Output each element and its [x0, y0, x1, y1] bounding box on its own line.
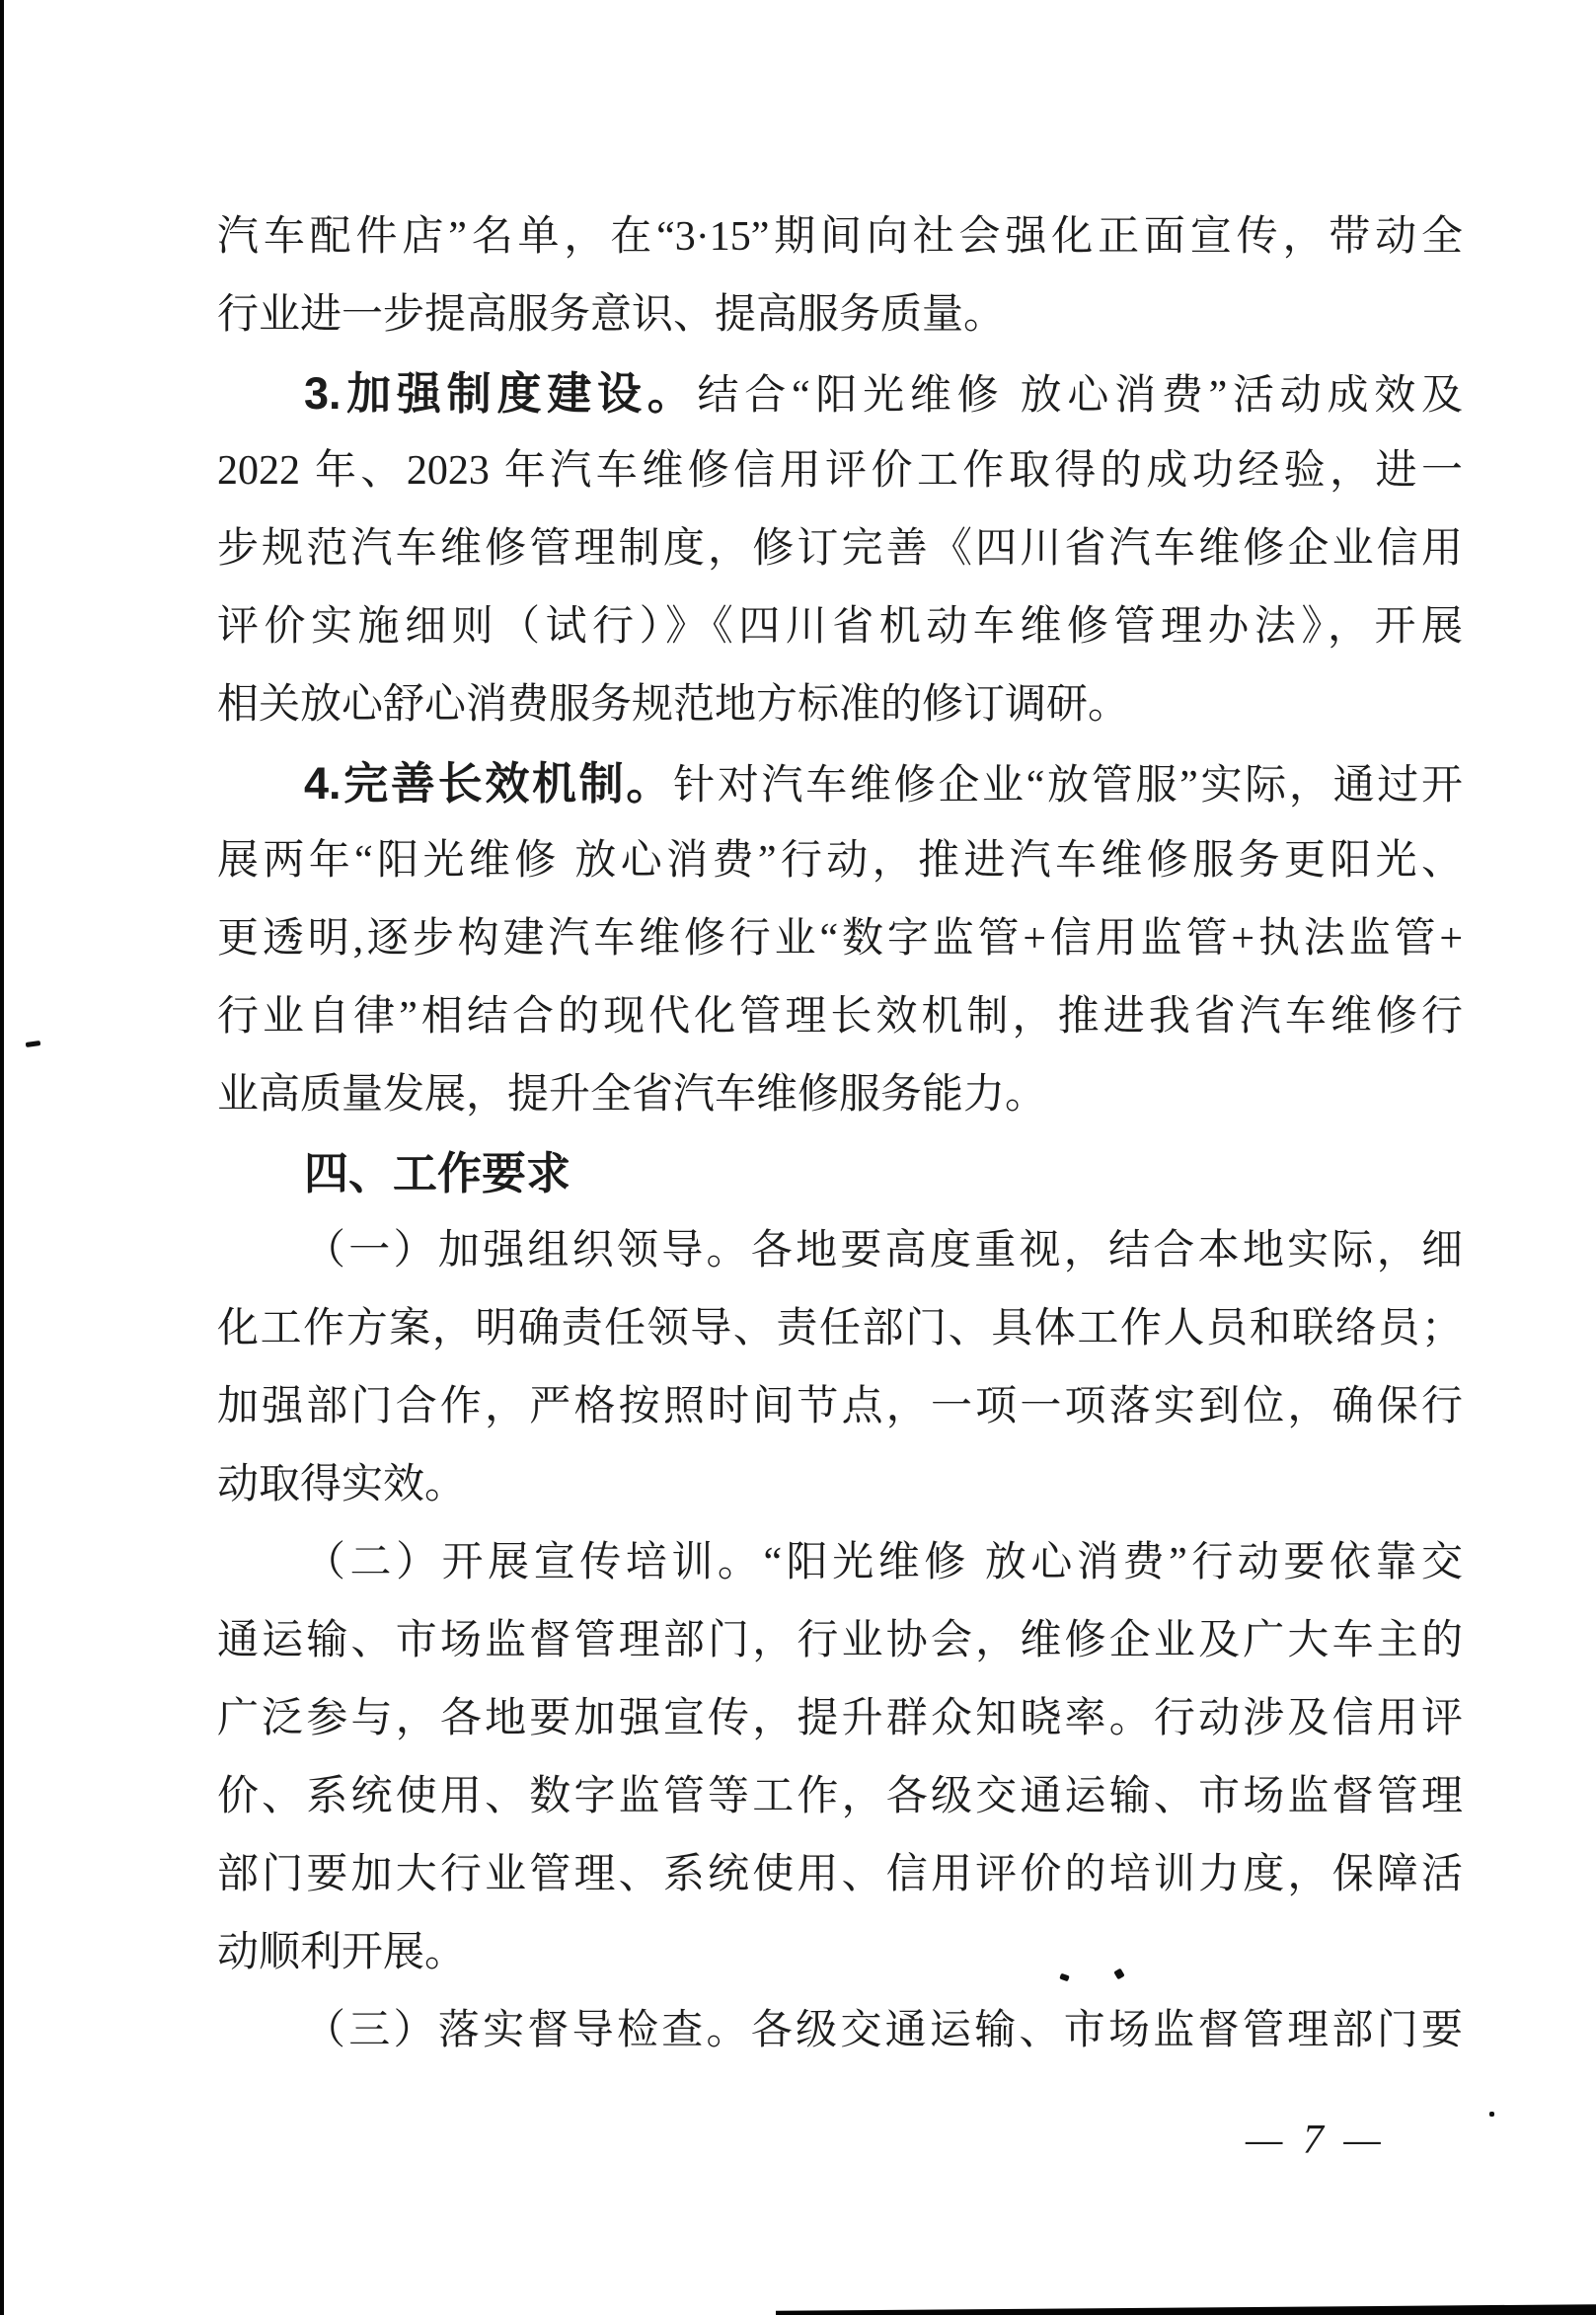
document-page: 汽车配件店”名单，在“3·15”期间向社会强化正面宣传，带动全行业进一步提高服务…: [0, 0, 1596, 2315]
body-text: （一）加强组织领导。各地要高度重视，结合本地实际，细: [304, 1228, 1463, 1273]
bold-lead-text: 四、工作要求: [304, 1148, 570, 1198]
body-text: 更透明,逐步构建汽车维修行业“数字监管+信用监管+执法监管+: [217, 916, 1463, 962]
text-line: 步规范汽车维修管理制度，修订完善《四川省汽车维修企业信用: [217, 510, 1463, 588]
body-text: 业高质量发展，提升全省汽车维修服务能力。: [217, 1072, 1046, 1118]
text-line: 行业自律”相结合的现代化管理长效机制，推进我省汽车维修行: [217, 978, 1463, 1056]
body-text: 步规范汽车维修管理制度，修订完善《四川省汽车维修企业信用: [217, 526, 1463, 572]
body-text: （二）开展宣传培训。“阳光维修 放心消费”行动要依靠交: [304, 1540, 1463, 1585]
document-body: 汽车配件店”名单，在“3·15”期间向社会强化正面宣传，带动全行业进一步提高服务…: [217, 198, 1463, 2070]
scan-artifact-left-edge-line: [0, 0, 4, 2315]
text-line: 加强部门合作，严格按照时间节点，一项一项落实到位，确保行: [217, 1368, 1463, 1446]
body-text: 动顺利开展。: [217, 1930, 466, 1975]
body-text: 化工作方案，明确责任领导、责任部门、具体工作人员和联络员；: [217, 1306, 1463, 1351]
text-line: 部门要加大行业管理、系统使用、信用评价的培训力度，保障活: [217, 1836, 1463, 1914]
text-line: 更透明,逐步构建汽车维修行业“数字监管+信用监管+执法监管+: [217, 900, 1463, 978]
text-line: 相关放心舒心消费服务规范地方标准的修订调研。: [217, 666, 1463, 744]
scan-artifact-speck: [26, 1041, 41, 1047]
body-text: 部门要加大行业管理、系统使用、信用评价的培训力度，保障活: [217, 1852, 1463, 1897]
text-line: 动顺利开展。: [217, 1914, 1463, 1992]
text-line: 展两年“阳光维修 放心消费”行动，推进汽车维修服务更阳光、: [217, 822, 1463, 900]
text-line: 业高质量发展，提升全省汽车维修服务能力。: [217, 1056, 1463, 1134]
text-line: （三）落实督导检查。各级交通运输、市场监督管理部门要: [217, 1992, 1463, 2070]
page-number: — 7 —: [1246, 2116, 1463, 2165]
body-text: 2022 年、2023 年汽车维修信用评价工作取得的成功经验，进一: [217, 448, 1463, 494]
body-text: 汽车配件店”名单，在“3·15”期间向社会强化正面宣传，带动全: [217, 214, 1463, 260]
body-text: 结合“阳光维修 放心消费”活动成效及: [698, 373, 1463, 419]
body-text: 行业进一步提高服务意识、提高服务质量。: [217, 292, 1005, 338]
body-text: 价、系统使用、数字监管等工作，各级交通运输、市场监督管理: [217, 1774, 1463, 1819]
text-line: 广泛参与，各地要加强宣传，提升群众知晓率。行动涉及信用评: [217, 1680, 1463, 1758]
body-text: 展两年“阳光维修 放心消费”行动，推进汽车维修服务更阳光、: [217, 838, 1463, 884]
scan-artifact-bottom-edge-line: [776, 2303, 1596, 2315]
body-text: 加强部门合作，严格按照时间节点，一项一项落实到位，确保行: [217, 1384, 1463, 1429]
body-text: 动取得实效。: [217, 1462, 466, 1507]
text-line: 行业进一步提高服务意识、提高服务质量。: [217, 276, 1463, 354]
scan-artifact-speck: [1489, 2112, 1494, 2117]
body-text: （三）落实督导检查。各级交通运输、市场监督管理部门要: [304, 2008, 1463, 2053]
text-line: 2022 年、2023 年汽车维修信用评价工作取得的成功经验，进一: [217, 432, 1463, 510]
text-line: （一）加强组织领导。各地要高度重视，结合本地实际，细: [217, 1212, 1463, 1290]
text-line: 四、工作要求: [217, 1134, 1463, 1212]
text-line: 化工作方案，明确责任领导、责任部门、具体工作人员和联络员；: [217, 1290, 1463, 1368]
body-text: 相关放心舒心消费服务规范地方标准的修订调研。: [217, 682, 1129, 728]
body-text: 针对汽车维修企业“放管服”实际，通过开: [673, 763, 1463, 809]
text-line: 3.加强制度建设。结合“阳光维修 放心消费”活动成效及: [217, 354, 1463, 432]
bold-lead-text: 3.加强制度建设。: [304, 368, 698, 419]
text-line: 4.完善长效机制。针对汽车维修企业“放管服”实际，通过开: [217, 744, 1463, 822]
text-line: 动取得实效。: [217, 1446, 1463, 1524]
text-line: （二）开展宣传培训。“阳光维修 放心消费”行动要依靠交: [217, 1524, 1463, 1602]
text-line: 评价实施细则（试行）》《四川省机动车维修管理办法》，开展: [217, 588, 1463, 666]
body-text: 广泛参与，各地要加强宣传，提升群众知晓率。行动涉及信用评: [217, 1696, 1463, 1741]
body-text: 评价实施细则（试行）》《四川省机动车维修管理办法》，开展: [217, 604, 1463, 650]
text-line: 汽车配件店”名单，在“3·15”期间向社会强化正面宣传，带动全: [217, 198, 1463, 276]
bold-lead-text: 4.完善长效机制。: [304, 758, 673, 809]
text-line: 通运输、市场监督管理部门，行业协会，维修企业及广大车主的: [217, 1602, 1463, 1680]
body-text: 行业自律”相结合的现代化管理长效机制，推进我省汽车维修行: [217, 994, 1463, 1040]
body-text: 通运输、市场监督管理部门，行业协会，维修企业及广大车主的: [217, 1618, 1463, 1663]
text-line: 价、系统使用、数字监管等工作，各级交通运输、市场监督管理: [217, 1758, 1463, 1836]
